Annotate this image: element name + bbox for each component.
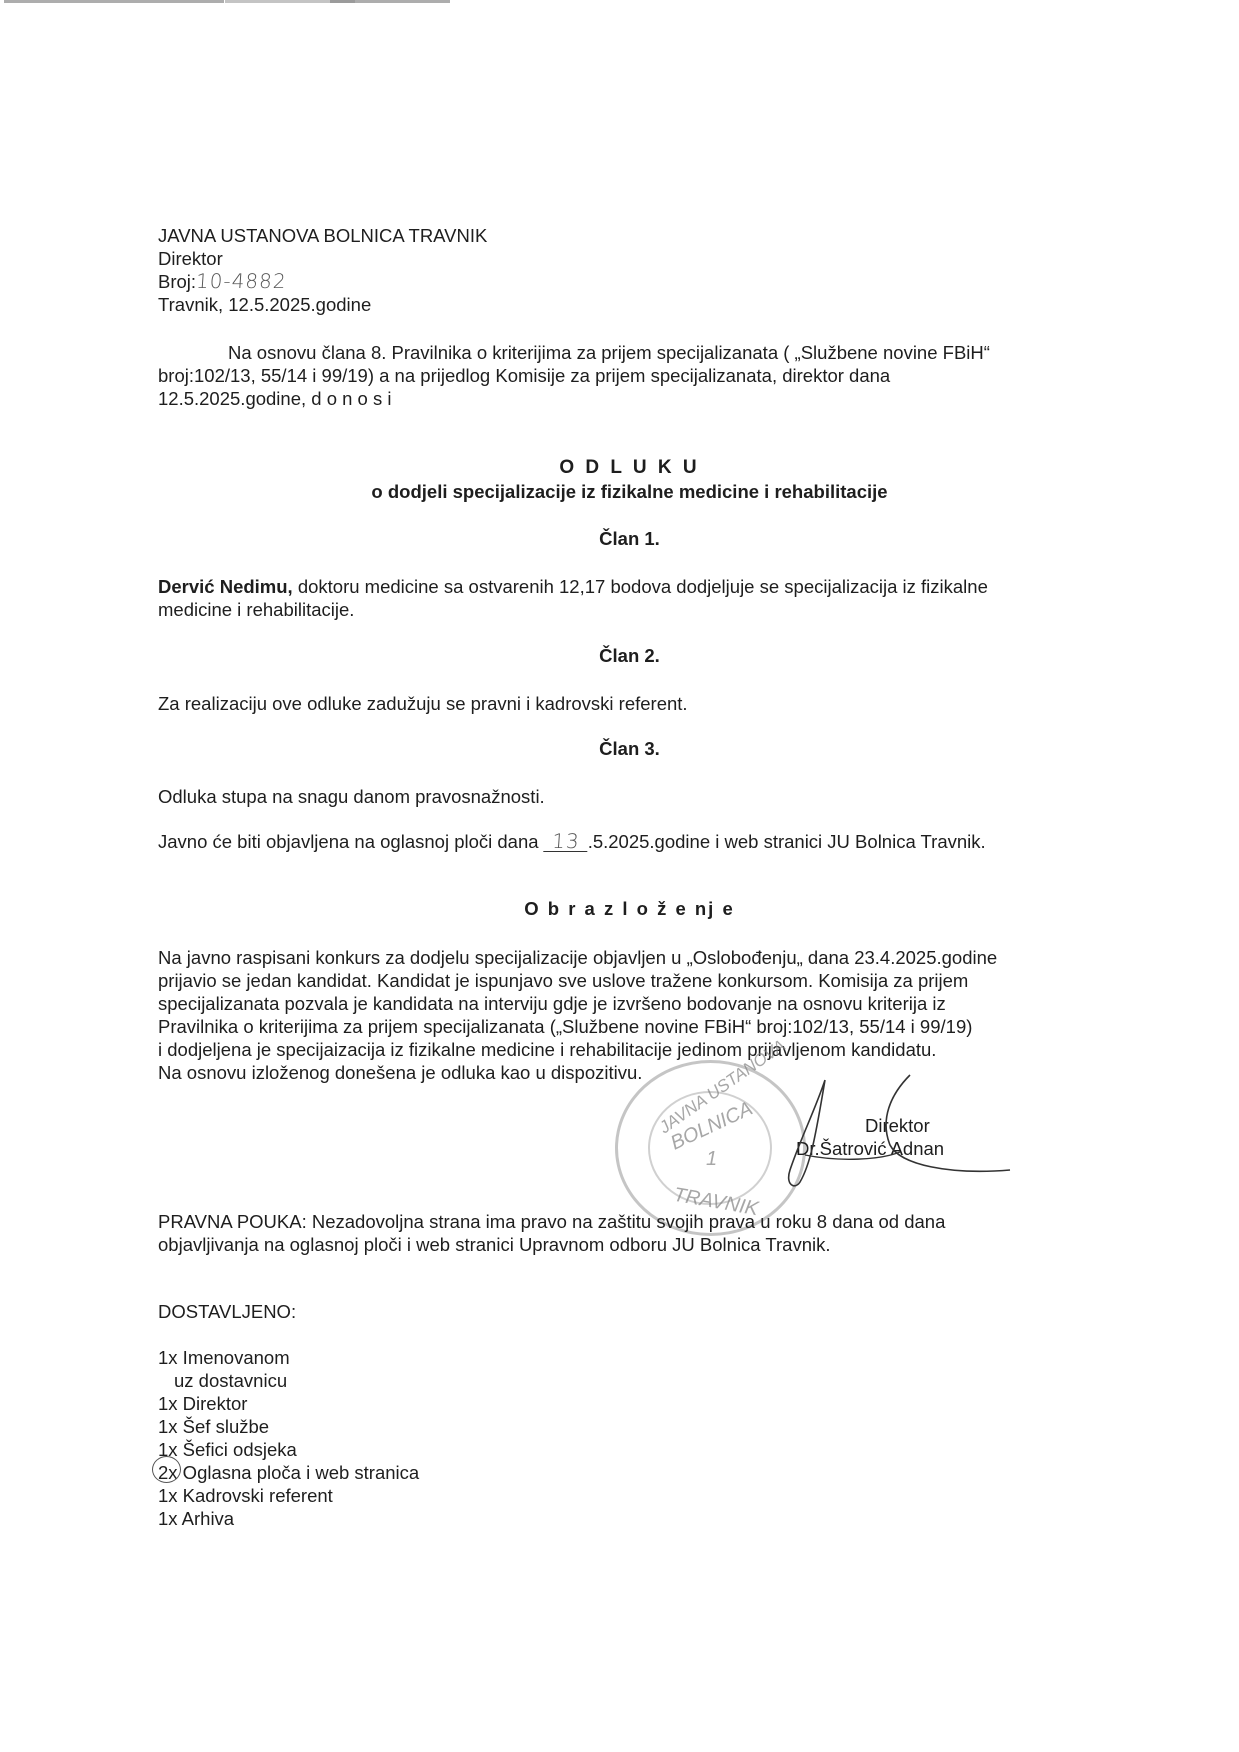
scan-edge-artifact bbox=[4, 0, 224, 3]
reasoning-line-1: Na javno raspisani konkurs za dodjelu sp… bbox=[158, 946, 997, 969]
preamble-line-1: Na osnovu člana 8. Pravilnika o kriterij… bbox=[228, 341, 990, 364]
article-1-line-1: Dervić Nedimu, doktoru medicine sa ostva… bbox=[158, 575, 988, 598]
publication-suffix: .5.2025.godine i web stranici JU Bolnica… bbox=[588, 831, 986, 852]
handwritten-publish-day: 13 bbox=[543, 831, 588, 852]
distribution-item: 1x Direktor bbox=[158, 1392, 247, 1415]
distribution-item: 1x Imenovanom bbox=[158, 1346, 290, 1369]
article-1-text: doktoru medicine sa ostvarenih 12,17 bod… bbox=[293, 576, 988, 597]
article-1-heading: Član 1. bbox=[10, 528, 1239, 550]
distribution-title: DOSTAVLJENO: bbox=[158, 1300, 296, 1323]
document-number: Broj:10-4882 bbox=[158, 270, 287, 293]
decision-title: O D L U K U bbox=[10, 457, 1239, 479]
reasoning-line-5: i dodjeljena je specijaizacija iz fizika… bbox=[158, 1038, 936, 1061]
candidate-name: Dervić Nedimu, bbox=[158, 576, 293, 597]
reasoning-line-2: prijavio se jedan kandidat. Kandidat je … bbox=[158, 969, 968, 992]
reasoning-line-6: Na osnovu izloženog donešena je odluka k… bbox=[158, 1061, 642, 1084]
reasoning-line-3: specijalizanata pozvala je kandidata na … bbox=[158, 992, 946, 1015]
article-3-heading: Član 3. bbox=[10, 738, 1239, 760]
preamble-line-2: broj:102/13, 55/14 i 99/19) a na prijedl… bbox=[158, 364, 890, 387]
reasoning-line-4: Pravilnika o kriterijima za prijem speci… bbox=[158, 1015, 972, 1038]
decision-subtitle: o dodjeli specijalizacije iz fizikalne m… bbox=[10, 481, 1239, 503]
handwritten-number: 10-4882 bbox=[195, 270, 287, 293]
handwritten-signature bbox=[780, 1070, 1020, 1200]
article-2-heading: Član 2. bbox=[10, 645, 1239, 667]
distribution-item: 1x Arhiva bbox=[158, 1507, 234, 1530]
preamble-line-3: 12.5.2025.godine, d o n o s i bbox=[158, 387, 392, 410]
article-2-text: Za realizaciju ove odluke zadužuju se pr… bbox=[158, 692, 688, 715]
distribution-item: 1x Šef službe bbox=[158, 1415, 269, 1438]
publication-line: Javno će biti objavljena na oglasnoj plo… bbox=[158, 830, 986, 853]
stamp-text-number: 1 bbox=[706, 1148, 717, 1171]
number-label: Broj: bbox=[158, 271, 196, 292]
legal-notice-line-1: PRAVNA POUKA: Nezadovoljna strana ima pr… bbox=[158, 1210, 945, 1233]
distribution-item: 2x Oglasna ploča i web stranica bbox=[158, 1461, 419, 1484]
director-label: Direktor bbox=[158, 247, 223, 270]
article-1-line-2: medicine i rehabilitacije. bbox=[158, 598, 354, 621]
publication-prefix: Javno će biti objavljena na oglasnoj plo… bbox=[158, 831, 544, 852]
scan-edge-artifact bbox=[330, 0, 450, 3]
article-3-text: Odluka stupa na snagu danom pravosnažnos… bbox=[158, 785, 545, 808]
distribution-item: 1x Šefici odsjeka bbox=[158, 1438, 297, 1461]
legal-notice-line-2: objavljivanja na oglasnoj ploči i web st… bbox=[158, 1233, 831, 1256]
handwritten-circle-mark bbox=[152, 1456, 181, 1483]
distribution-item: 1x Kadrovski referent bbox=[158, 1484, 333, 1507]
institution-name: JAVNA USTANOVA BOLNICA TRAVNIK bbox=[158, 224, 487, 247]
place-date: Travnik, 12.5.2025.godine bbox=[158, 293, 371, 316]
reasoning-title: O b r a z l o ž e nj e bbox=[10, 898, 1239, 920]
distribution-item: uz dostavnicu bbox=[174, 1369, 287, 1392]
